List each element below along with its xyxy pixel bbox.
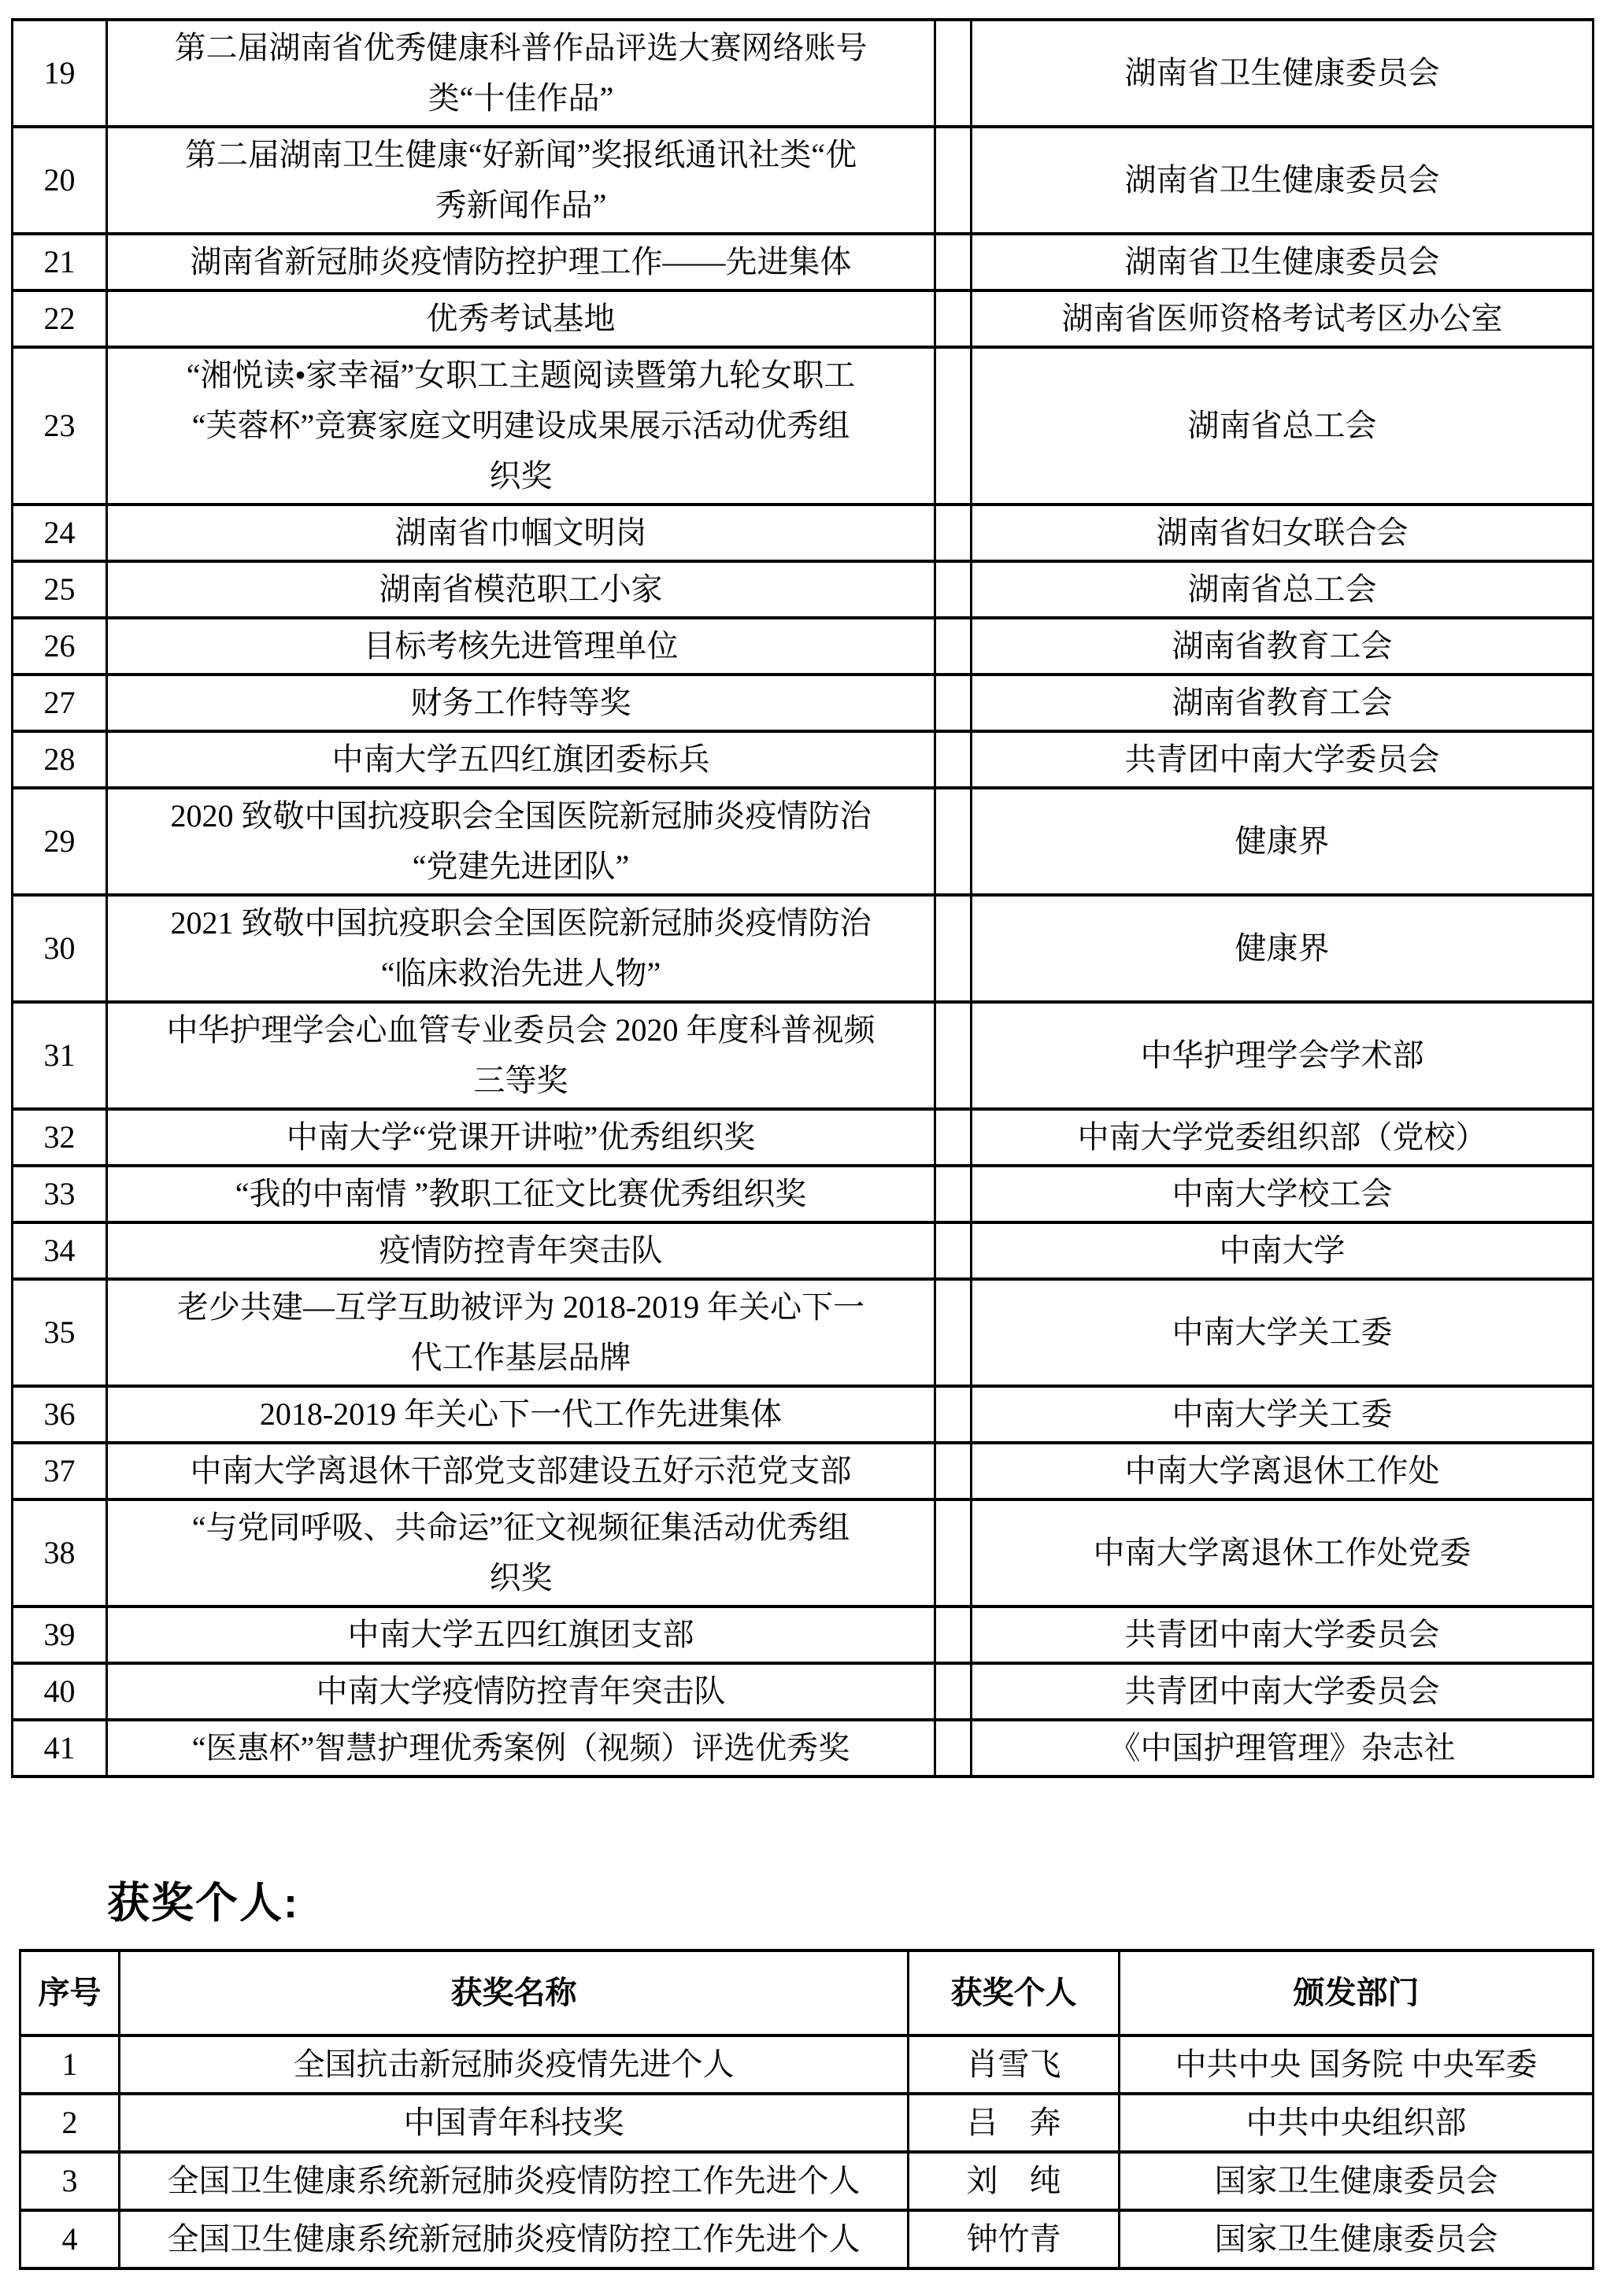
award-name-cell: 第二届湖南卫生健康“好新闻”奖报纸通讯社类“优 秀新闻作品” xyxy=(107,127,935,234)
award-department-cell: 湖南省总工会 xyxy=(972,347,1594,505)
award-number-cell: 24 xyxy=(13,505,107,561)
spacer-cell xyxy=(935,1720,972,1777)
spacer-cell xyxy=(935,1002,972,1109)
individual-awards-table: 序号 获奖名称 获奖个人 颁发部门 1 全国抗击新冠肺炎疫情先进个人 肖雪飞 中… xyxy=(19,1949,1594,2270)
table-row: 19 第二届湖南省优秀健康科普作品评选大赛网络账号 类“十佳作品” 湖南省卫生健… xyxy=(13,20,1594,127)
award-number-cell: 21 xyxy=(13,234,107,290)
award-number-cell: 26 xyxy=(13,618,107,675)
spacer-cell xyxy=(935,505,972,561)
individual-awards-header: 序号 获奖名称 获奖个人 颁发部门 xyxy=(20,1950,1594,2035)
table-row: 2 中国青年科技奖 吕 奔 中共中央组织部 xyxy=(20,2094,1594,2152)
award-department-cell: 健康界 xyxy=(972,895,1594,1002)
award-name-cell: “我的中南情 ”教职工征文比赛优秀组织奖 xyxy=(107,1166,935,1222)
table-row: 39 中南大学五四红旗团支部 共青团中南大学委员会 xyxy=(13,1606,1594,1663)
award-name-cell: 全国卫生健康系统新冠肺炎疫情防控工作先进个人 xyxy=(120,2210,909,2268)
award-department-cell: 湖南省妇女联合会 xyxy=(972,505,1594,561)
award-department-cell: 中共中央组织部 xyxy=(1120,2094,1594,2152)
award-person-cell: 刘 纯 xyxy=(909,2152,1120,2210)
award-department-cell: 湖南省卫生健康委员会 xyxy=(972,234,1594,290)
spacer-cell xyxy=(935,234,972,290)
award-number-cell: 28 xyxy=(13,731,107,788)
award-number-cell: 3 xyxy=(20,2152,120,2210)
award-department-cell: 中共中央 国务院 中央军委 xyxy=(1120,2035,1594,2094)
table-row: 28 中南大学五四红旗团委标兵 共青团中南大学委员会 xyxy=(13,731,1594,788)
spacer-cell xyxy=(935,1499,972,1606)
award-name-cell: 财务工作特等奖 xyxy=(107,675,935,731)
award-number-cell: 23 xyxy=(13,347,107,505)
table-row: 29 2020 致敬中国抗疫职会全国医院新冠肺炎疫情防治 “党建先进团队” 健康… xyxy=(13,788,1594,895)
award-number-cell: 40 xyxy=(13,1663,107,1720)
award-number-cell: 30 xyxy=(13,895,107,1002)
spacer-cell xyxy=(935,731,972,788)
award-name-cell: 2020 致敬中国抗疫职会全国医院新冠肺炎疫情防治 “党建先进团队” xyxy=(107,788,935,895)
award-person-cell: 钟竹青 xyxy=(909,2210,1120,2268)
award-name-cell: 中南大学“党课开讲啦”优秀组织奖 xyxy=(107,1109,935,1166)
award-number-cell: 31 xyxy=(13,1002,107,1109)
award-department-cell: 湖南省教育工会 xyxy=(972,675,1594,731)
award-number-cell: 37 xyxy=(13,1443,107,1499)
spacer-cell xyxy=(935,127,972,234)
award-name-cell: 全国卫生健康系统新冠肺炎疫情防控工作先进个人 xyxy=(120,2152,909,2210)
award-name-cell: “医惠杯”智慧护理优秀案例（视频）评选优秀奖 xyxy=(107,1720,935,1777)
table-row: 23 “湘悦读•家幸福”女职工主题阅读暨第九轮女职工 “芙蓉杯”竞赛家庭文明建设… xyxy=(13,347,1594,505)
spacer-cell xyxy=(935,20,972,127)
header-award-name: 获奖名称 xyxy=(120,1950,909,2035)
header-row: 序号 获奖名称 获奖个人 颁发部门 xyxy=(20,1950,1594,2035)
table-row: 20 第二届湖南卫生健康“好新闻”奖报纸通讯社类“优 秀新闻作品” 湖南省卫生健… xyxy=(13,127,1594,234)
award-name-cell: 2021 致敬中国抗疫职会全国医院新冠肺炎疫情防治 “临床救治先进人物” xyxy=(107,895,935,1002)
table-row: 4 全国卫生健康系统新冠肺炎疫情防控工作先进个人 钟竹青 国家卫生健康委员会 xyxy=(20,2210,1594,2268)
award-number-cell: 4 xyxy=(20,2210,120,2268)
table-row: 25 湖南省模范职工小家 湖南省总工会 xyxy=(13,561,1594,618)
table-row: 36 2018-2019 年关心下一代工作先进集体 中南大学关工委 xyxy=(13,1386,1594,1443)
header-number: 序号 xyxy=(20,1950,120,2035)
award-department-cell: 中南大学离退休工作处 xyxy=(972,1443,1594,1499)
table-row: 40 中南大学疫情防控青年突击队 共青团中南大学委员会 xyxy=(13,1663,1594,1720)
spacer-cell xyxy=(935,1606,972,1663)
spacer-cell xyxy=(935,675,972,731)
table-row: 26 目标考核先进管理单位 湖南省教育工会 xyxy=(13,618,1594,675)
spacer-cell xyxy=(935,1222,972,1279)
award-number-cell: 19 xyxy=(13,20,107,127)
table-row: 35 老少共建—互学互助被评为 2018-2019 年关心下一 代工作基层品牌 … xyxy=(13,1279,1594,1386)
award-name-cell: 中南大学疫情防控青年突击队 xyxy=(107,1663,935,1720)
award-number-cell: 1 xyxy=(20,2035,120,2094)
table-row: 3 全国卫生健康系统新冠肺炎疫情防控工作先进个人 刘 纯 国家卫生健康委员会 xyxy=(20,2152,1594,2210)
award-number-cell: 2 xyxy=(20,2094,120,2152)
award-name-cell: 中南大学五四红旗团委标兵 xyxy=(107,731,935,788)
group-awards-body: 19 第二届湖南省优秀健康科普作品评选大赛网络账号 类“十佳作品” 湖南省卫生健… xyxy=(13,20,1594,1777)
spacer-cell xyxy=(935,290,972,347)
table-row: 24 湖南省巾帼文明岗 湖南省妇女联合会 xyxy=(13,505,1594,561)
spacer-cell xyxy=(935,1109,972,1166)
header-person: 获奖个人 xyxy=(909,1950,1120,2035)
award-name-cell: 湖南省模范职工小家 xyxy=(107,561,935,618)
table-row: 33 “我的中南情 ”教职工征文比赛优秀组织奖 中南大学校工会 xyxy=(13,1166,1594,1222)
award-name-cell: 2018-2019 年关心下一代工作先进集体 xyxy=(107,1386,935,1443)
spacer-cell xyxy=(935,788,972,895)
table-row: 32 中南大学“党课开讲啦”优秀组织奖 中南大学党委组织部（党校） xyxy=(13,1109,1594,1166)
group-awards-table: 19 第二届湖南省优秀健康科普作品评选大赛网络账号 类“十佳作品” 湖南省卫生健… xyxy=(11,18,1594,1778)
table-row: 34 疫情防控青年突击队 中南大学 xyxy=(13,1222,1594,1279)
award-department-cell: 中南大学关工委 xyxy=(972,1279,1594,1386)
award-number-cell: 35 xyxy=(13,1279,107,1386)
spacer-cell xyxy=(935,347,972,505)
table-row: 31 中华护理学会心血管专业委员会 2020 年度科普视频 三等奖 中华护理学会… xyxy=(13,1002,1594,1109)
award-department-cell: 湖南省卫生健康委员会 xyxy=(972,127,1594,234)
table-row: 37 中南大学离退休干部党支部建设五好示范党支部 中南大学离退休工作处 xyxy=(13,1443,1594,1499)
award-number-cell: 36 xyxy=(13,1386,107,1443)
award-person-cell: 吕 奔 xyxy=(909,2094,1120,2152)
award-name-cell: 目标考核先进管理单位 xyxy=(107,618,935,675)
award-name-cell: 全国抗击新冠肺炎疫情先进个人 xyxy=(120,2035,909,2094)
award-department-cell: 国家卫生健康委员会 xyxy=(1120,2210,1594,2268)
spacer-cell xyxy=(935,1663,972,1720)
award-name-cell: 湖南省巾帼文明岗 xyxy=(107,505,935,561)
award-number-cell: 39 xyxy=(13,1606,107,1663)
table-row: 1 全国抗击新冠肺炎疫情先进个人 肖雪飞 中共中央 国务院 中央军委 xyxy=(20,2035,1594,2094)
award-name-cell: “与党同呼吸、共命运”征文视频征集活动优秀组 织奖 xyxy=(107,1499,935,1606)
award-department-cell: 中南大学党委组织部（党校） xyxy=(972,1109,1594,1166)
award-name-cell: 中国青年科技奖 xyxy=(120,2094,909,2152)
award-name-cell: 疫情防控青年突击队 xyxy=(107,1222,935,1279)
award-department-cell: 共青团中南大学委员会 xyxy=(972,731,1594,788)
award-name-cell: 第二届湖南省优秀健康科普作品评选大赛网络账号 类“十佳作品” xyxy=(107,20,935,127)
spacer-cell xyxy=(935,1443,972,1499)
table-row: 38 “与党同呼吸、共命运”征文视频征集活动优秀组 织奖 中南大学离退休工作处党… xyxy=(13,1499,1594,1606)
award-department-cell: 健康界 xyxy=(972,788,1594,895)
award-name-cell: 中华护理学会心血管专业委员会 2020 年度科普视频 三等奖 xyxy=(107,1002,935,1109)
table-row: 41 “医惠杯”智慧护理优秀案例（视频）评选优秀奖 《中国护理管理》杂志社 xyxy=(13,1720,1594,1777)
award-name-cell: 老少共建—互学互助被评为 2018-2019 年关心下一 代工作基层品牌 xyxy=(107,1279,935,1386)
award-department-cell: 中南大学离退休工作处党委 xyxy=(972,1499,1594,1606)
spacer-cell xyxy=(935,561,972,618)
award-name-cell: 中南大学五四红旗团支部 xyxy=(107,1606,935,1663)
spacer-cell xyxy=(935,618,972,675)
header-department: 颁发部门 xyxy=(1120,1950,1594,2035)
table-row: 30 2021 致敬中国抗疫职会全国医院新冠肺炎疫情防治 “临床救治先进人物” … xyxy=(13,895,1594,1002)
table-row: 21 湖南省新冠肺炎疫情防控护理工作——先进集体 湖南省卫生健康委员会 xyxy=(13,234,1594,290)
award-name-cell: “湘悦读•家幸福”女职工主题阅读暨第九轮女职工 “芙蓉杯”竞赛家庭文明建设成果展… xyxy=(107,347,935,505)
award-department-cell: 中南大学 xyxy=(972,1222,1594,1279)
award-department-cell: 湖南省医师资格考试考区办公室 xyxy=(972,290,1594,347)
award-number-cell: 20 xyxy=(13,127,107,234)
award-number-cell: 25 xyxy=(13,561,107,618)
spacer-cell xyxy=(935,895,972,1002)
award-number-cell: 41 xyxy=(13,1720,107,1777)
award-number-cell: 34 xyxy=(13,1222,107,1279)
award-department-cell: 湖南省教育工会 xyxy=(972,618,1594,675)
award-department-cell: 国家卫生健康委员会 xyxy=(1120,2152,1594,2210)
award-number-cell: 32 xyxy=(13,1109,107,1166)
document-page: 19 第二届湖南省优秀健康科普作品评选大赛网络账号 类“十佳作品” 湖南省卫生健… xyxy=(0,0,1614,2296)
award-name-cell: 优秀考试基地 xyxy=(107,290,935,347)
award-department-cell: 湖南省总工会 xyxy=(972,561,1594,618)
award-department-cell: 湖南省卫生健康委员会 xyxy=(972,20,1594,127)
award-number-cell: 33 xyxy=(13,1166,107,1222)
award-name-cell: 中南大学离退休干部党支部建设五好示范党支部 xyxy=(107,1443,935,1499)
award-department-cell: 中南大学关工委 xyxy=(972,1386,1594,1443)
award-number-cell: 38 xyxy=(13,1499,107,1606)
section-heading: 获奖个人: xyxy=(107,1875,299,1932)
award-person-cell: 肖雪飞 xyxy=(909,2035,1120,2094)
award-department-cell: 共青团中南大学委员会 xyxy=(972,1606,1594,1663)
spacer-cell xyxy=(935,1386,972,1443)
spacer-cell xyxy=(935,1279,972,1386)
table-row: 27 财务工作特等奖 湖南省教育工会 xyxy=(13,675,1594,731)
award-number-cell: 22 xyxy=(13,290,107,347)
award-department-cell: 中华护理学会学术部 xyxy=(972,1002,1594,1109)
individual-awards-body: 1 全国抗击新冠肺炎疫情先进个人 肖雪飞 中共中央 国务院 中央军委 2 中国青… xyxy=(20,2035,1594,2268)
award-department-cell: 《中国护理管理》杂志社 xyxy=(972,1720,1594,1777)
table-row: 22 优秀考试基地 湖南省医师资格考试考区办公室 xyxy=(13,290,1594,347)
award-number-cell: 27 xyxy=(13,675,107,731)
spacer-cell xyxy=(935,1166,972,1222)
award-number-cell: 29 xyxy=(13,788,107,895)
award-department-cell: 中南大学校工会 xyxy=(972,1166,1594,1222)
award-department-cell: 共青团中南大学委员会 xyxy=(972,1663,1594,1720)
award-name-cell: 湖南省新冠肺炎疫情防控护理工作——先进集体 xyxy=(107,234,935,290)
